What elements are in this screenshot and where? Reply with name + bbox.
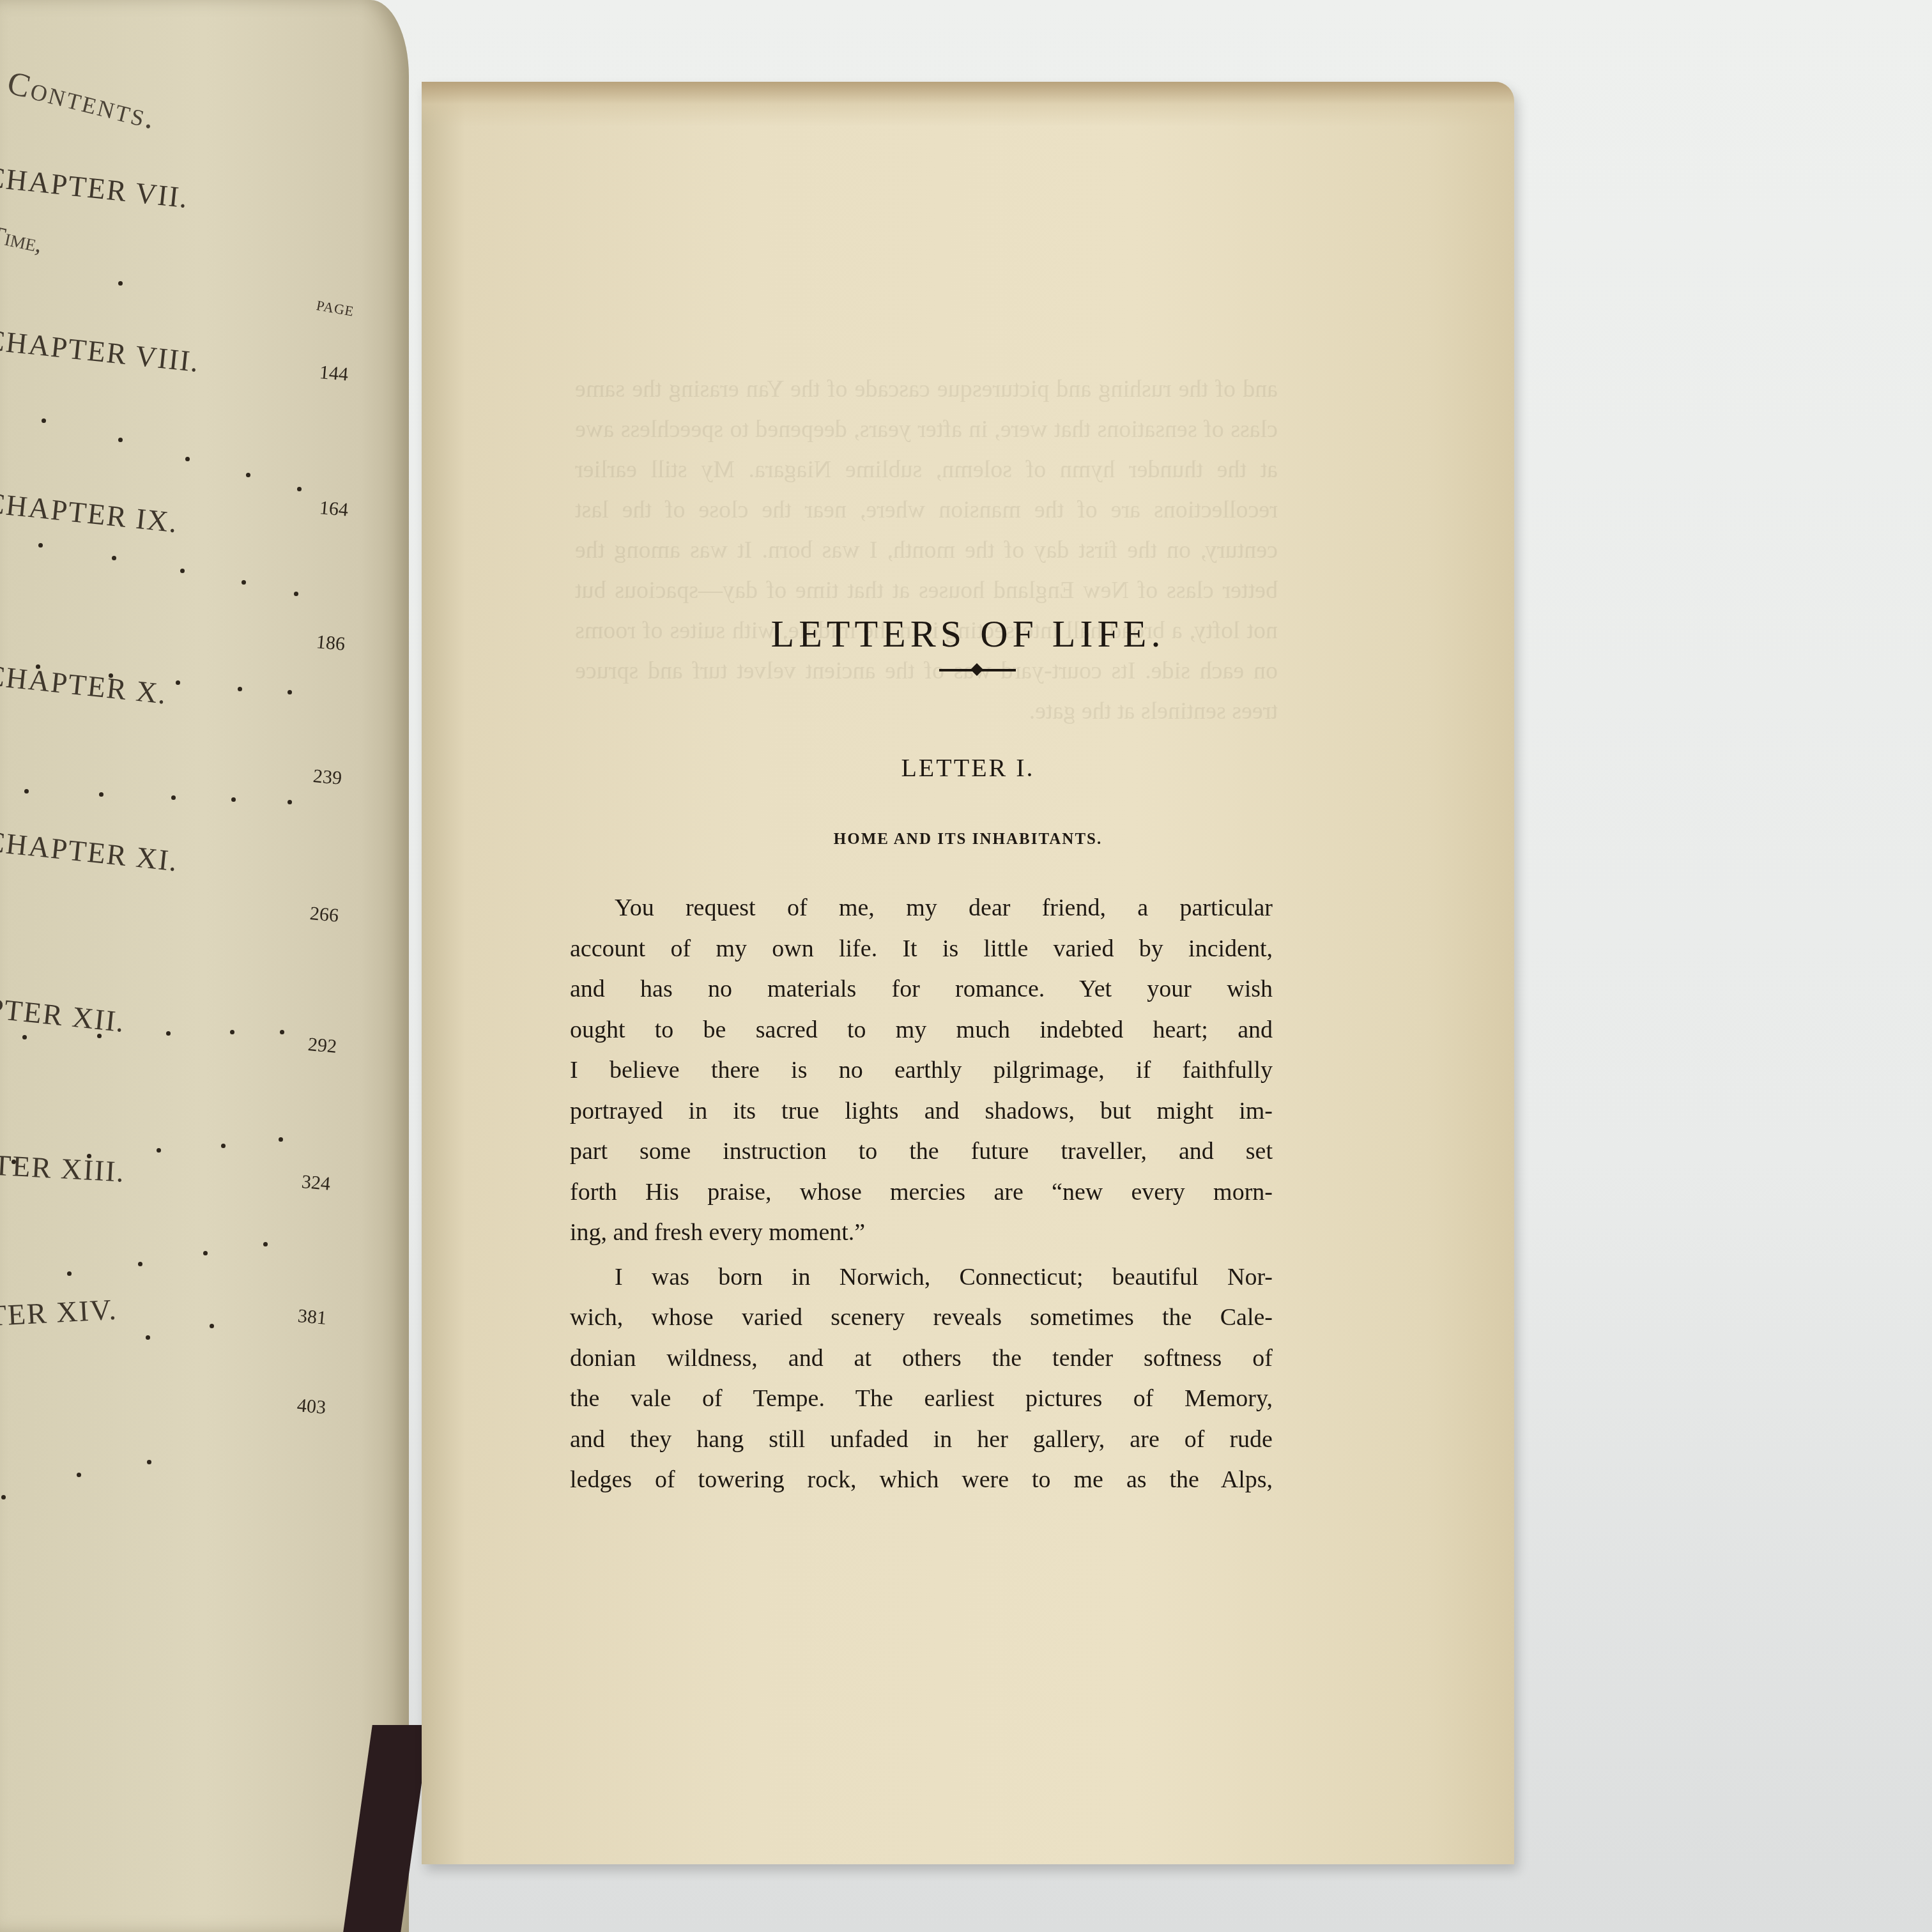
text-line: donian wildness, and at others the tende… [570, 1338, 1273, 1379]
toc-page-144: 144 [319, 362, 349, 386]
leader-dot [146, 1335, 150, 1340]
toc-page-381: 381 [297, 1305, 328, 1330]
text-line: wich, whose varied scenery reveals somet… [570, 1298, 1273, 1338]
leader-dot [99, 792, 103, 797]
leader-dot [231, 797, 236, 802]
leader-dot [67, 1271, 72, 1276]
leader-dot [11, 1160, 16, 1164]
text-line: forth His praise, whose mercies are “new… [570, 1172, 1273, 1213]
leader-dot [238, 687, 242, 691]
contents-heading: Contents. [4, 64, 161, 137]
leader-dot [24, 789, 29, 793]
letter-heading: LETTER I. [422, 753, 1514, 783]
toc-page-292: 292 [307, 1034, 338, 1058]
toc-chapter-8: CHAPTER VIII. [0, 323, 201, 379]
bleed-through-text: and of the rushing and picturesque casca… [575, 369, 1278, 732]
leader-dot [87, 1154, 91, 1158]
text-line: ing, and fresh every moment.” [570, 1213, 1273, 1253]
leader-dot [38, 543, 43, 548]
ornament-rule-icon [939, 669, 1016, 671]
leader-dot [263, 1242, 268, 1246]
leader-dot [42, 418, 46, 423]
leader-dot [294, 592, 298, 596]
text-line: I believe there is no earthly pilgrimage… [570, 1050, 1273, 1091]
leader-dot [97, 1034, 102, 1038]
toc-chapter-14: CHAPTER XIV. [0, 1292, 118, 1337]
text-line: You request of me, my dear friend, a par… [570, 888, 1273, 929]
text-line: account of my own life. It is little var… [570, 929, 1273, 970]
leader-dot [166, 1031, 171, 1036]
toc-chapter-7-subtitle: Time, [0, 220, 45, 259]
leader-dot [171, 795, 176, 800]
toc-chapter-13: CHAPTER XIII. [0, 1144, 126, 1189]
leader-dot [22, 1035, 27, 1039]
left-page-contents: Contents. PAGE CHAPTER VII. Time, CHAPTE… [0, 0, 409, 1932]
leader-dot [112, 556, 116, 560]
leader-dot [138, 1262, 142, 1266]
text-line: and they hang still unfaded in her galle… [570, 1420, 1273, 1460]
toc-chapter-12: CHAPTER XII. [0, 984, 127, 1039]
leader-dot [280, 1030, 284, 1034]
toc-page-239: 239 [312, 765, 343, 790]
leader-dot [185, 457, 190, 461]
leader-dot [241, 580, 246, 585]
text-line: part some instruction to the future trav… [570, 1131, 1273, 1172]
leader-dot [279, 1137, 283, 1142]
toc-page-164: 164 [319, 497, 349, 521]
leader-dot [203, 1251, 208, 1255]
text-line: ought to be sacred to my much indebted h… [570, 1010, 1273, 1051]
leader-dot [287, 690, 292, 694]
text-line: and has no materials for romance. Yet yo… [570, 969, 1273, 1010]
leader-dot [77, 1473, 81, 1477]
leader-dot [147, 1460, 151, 1464]
leader-dot [176, 680, 180, 685]
leader-dot [118, 281, 123, 286]
toc-chapter-9: CHAPTER IX. [0, 486, 180, 539]
letter-subheading: HOME AND ITS INHABITANTS. [422, 831, 1514, 848]
letter-body: You request of me, my dear friend, a par… [570, 888, 1273, 1501]
leader-dot [230, 1030, 234, 1034]
leader-dot [1, 1495, 6, 1499]
leader-dot [297, 487, 302, 491]
text-line: ledges of towering rock, which were to m… [570, 1460, 1273, 1501]
leader-dot [157, 1148, 161, 1153]
book-title: LETTERS OF LIFE. [422, 612, 1514, 656]
toc-chapter-7: CHAPTER VII. [0, 160, 190, 215]
leader-dot [109, 673, 113, 678]
text-line: I was born in Norwich, Connecticut; beau… [570, 1257, 1273, 1298]
page-column-label: PAGE [315, 297, 355, 320]
toc-chapter-10: CHAPTER X. [0, 658, 169, 711]
text-line: the vale of Tempe. The earliest pictures… [570, 1379, 1273, 1420]
toc-page-324: 324 [301, 1171, 332, 1195]
leader-dot [287, 800, 292, 804]
toc-page-403: 403 [296, 1395, 327, 1419]
right-page-letter: and of the rushing and picturesque casca… [422, 82, 1514, 1864]
toc-page-266: 266 [309, 903, 340, 927]
leader-dot [221, 1144, 226, 1148]
leader-dot [246, 473, 250, 477]
leader-dot [210, 1324, 214, 1328]
leader-dot [180, 569, 185, 573]
toc-chapter-11: CHAPTER XI. [0, 824, 180, 878]
leader-dot [118, 438, 123, 442]
text-line: portrayed in its true lights and shadows… [570, 1091, 1273, 1132]
leader-dot [36, 664, 40, 669]
toc-page-186: 186 [316, 631, 346, 655]
